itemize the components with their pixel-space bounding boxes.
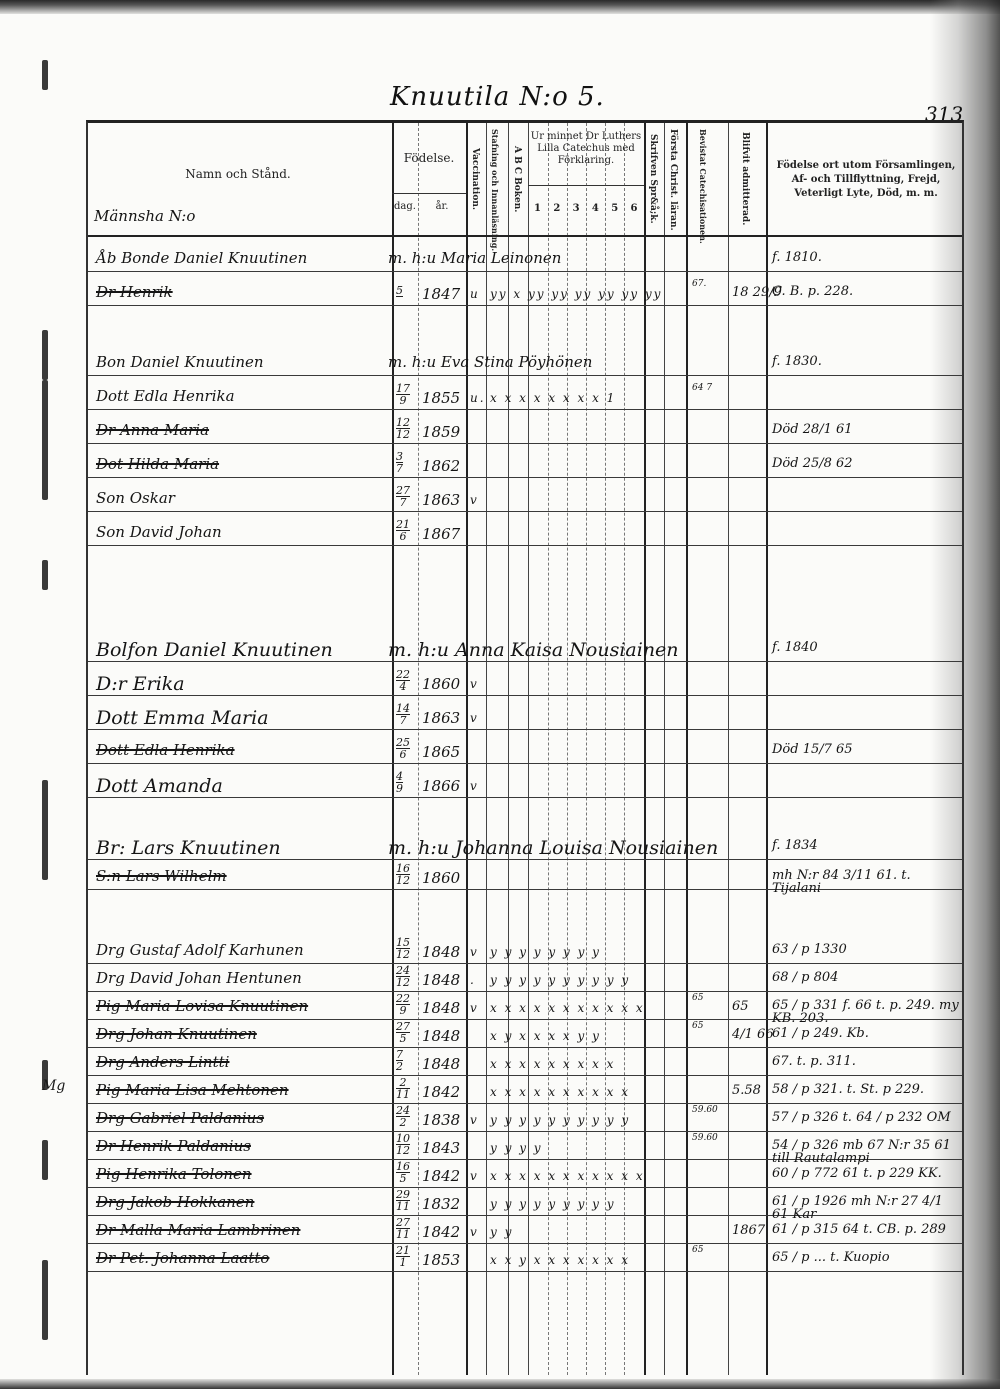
birth-date-fraction: 229 [396,993,410,1018]
birth-month: 12 [396,949,410,960]
remark: C. B. p. 228. [772,285,853,298]
reading-marks: y y y y y y y y y [490,1197,616,1211]
birth-year: 1848 [422,1027,460,1045]
row-rule [88,661,962,662]
birth-date-fraction: 1612 [396,863,410,888]
remark: Död 25/8 62 [772,457,853,470]
page-edge-top [0,0,1000,14]
person-name: Dr Anna Maria [96,421,209,439]
header-vaccination: Vaccination. [470,129,480,229]
binding-mark [42,1140,48,1180]
reading-marks: y y [490,1225,513,1239]
person-name: Dr Henrik Paldanius [96,1137,251,1155]
birth-date-fraction: 211 [396,1245,410,1270]
birth-month: 12 [396,977,410,988]
birth-date-fraction: 5 [396,279,403,298]
person-name: S:n Lars Wilhelm [96,867,227,885]
binding-mark [42,380,48,500]
birth-month: 5 [396,1173,410,1184]
catechism-hearings: 59.60 [692,1133,718,1143]
vaccination-mark: v [470,711,479,725]
person-name: D:r Erika [96,673,185,695]
communion-date: 5.58 [732,1083,761,1098]
birth-date-fraction: 275 [396,1021,410,1046]
row-rule [88,763,962,764]
binding-mark [42,330,48,380]
birth-date-fraction: 2412 [396,965,410,990]
row-rule [88,545,962,546]
header-divider [88,235,962,237]
birth-year: 1863 [422,491,460,509]
header-communion: Blifvit admitterad. [740,129,750,229]
birth-year: 1859 [422,423,460,441]
birth-year: 1842 [422,1083,460,1101]
birth-month: 4 [396,681,410,692]
birth-date-fraction: 179 [396,383,410,408]
remark: 65 / p 331 f. 66 t. p. 249. my KB. 203. [772,999,962,1025]
binding-mark [42,780,48,880]
person-name: Dr Henrik [96,283,173,301]
birth-day: 5 [396,285,403,297]
birth-date-fraction: 242 [396,1105,410,1130]
birth-date-fraction: 277 [396,485,410,510]
person-name: Dott Amanda [96,775,223,797]
birth-year: 1842 [422,1223,460,1241]
birth-year: 1838 [422,1111,460,1129]
person-name: Pig Henrika Tolonen [96,1165,252,1183]
birth-year: 1848 [422,1055,460,1073]
row-rule [88,305,962,306]
birth-month: 9 [396,783,403,794]
binding-mark [42,60,48,90]
reading-marks: x y x x x x y y [490,1029,601,1043]
vaccination-mark: v [470,677,479,691]
birth-year: 1842 [422,1167,460,1185]
header-christianity: Första Christ. läran. [668,129,678,229]
birth-year: 1855 [422,389,460,407]
birth-year: 1860 [422,675,460,693]
birth-date-fraction: 256 [396,737,410,762]
birth-year: 1865 [422,743,460,761]
remark: 67. t. p. 311. [772,1055,856,1068]
divider [392,193,466,194]
birth-month: 5 [396,1033,410,1044]
person-name: Dott Edla Henrika [96,387,235,405]
row-rule [88,443,962,444]
reading-marks: y y y y y y y y y y [490,1113,630,1127]
catechism-part-5: 5 [605,203,624,214]
birth-date-fraction: 1212 [396,417,410,442]
spouse-note: m. h:u Maria Leinonen [388,249,561,267]
row-rule [88,695,962,696]
row-rule [88,1187,962,1188]
row-rule [88,1047,962,1048]
remark: 61 / p 249. Kb. [772,1027,869,1040]
remark: Död 15/7 65 [772,743,853,756]
birth-date-fraction: 72 [396,1049,403,1074]
header-stafning: Stafning och Innanläsning. [490,129,500,229]
remark: f. 1834 [772,839,818,852]
vaccination-mark: v [470,1225,479,1239]
margin-note: Mg [42,1078,65,1094]
header-birth-day: dag. [392,201,418,212]
person-name: Drg Jakob Hokkanen [96,1193,254,1211]
catechism-part-2: 2 [547,203,566,214]
remark: 63 / p 1330 [772,943,847,956]
communion-date: 1867 [732,1223,765,1238]
vaccination-mark: v [470,1113,479,1127]
catechism-hearings: 67. [692,279,706,289]
header-catechism: Ur minnet Dr Luthers Lilla Catechus med … [528,131,644,167]
remark: 65 / p ... t. Kuopio [772,1251,890,1264]
reading-marks: x x x x x x x x x x [490,1085,630,1099]
birth-month: 2 [396,1117,410,1128]
remark: 68 / p 804 [772,971,838,984]
birth-year: 1848 [422,971,460,989]
row-rule [88,963,962,964]
person-name: Drg Gabriel Paldanius [96,1109,264,1127]
birth-month: 7 [396,497,410,508]
birth-month: 11 [396,1089,410,1100]
binding-mark [42,560,48,590]
remark: 54 / p 326 mb 67 N:r 35 61 till Rautalam… [772,1139,962,1165]
spouse-note: m. h:u Eva Stina Pöyhönen [388,353,592,371]
reading-marks: x x x x x x x x x x x [490,1001,645,1015]
birth-month: 11 [396,1229,410,1240]
person-name: Pig Maria Lisa Mehtonen [96,1081,289,1099]
row-rule [88,1131,962,1132]
remark: 58 / p 321. t. St. p 229. [772,1083,924,1096]
person-name: Drg Gustaf Adolf Karhunen [96,941,304,959]
header-catechism-hearings: Bevistat Catechisationen. [698,129,708,229]
vaccination-mark: . [470,973,476,987]
birth-month: 6 [396,531,410,542]
person-name: Son David Johan [96,523,222,541]
person-name: Bolfon Daniel Knuutinen [96,639,333,661]
person-name: Dott Edla Henrika [96,741,235,759]
birth-date-fraction: 147 [396,703,410,728]
row-rule [88,1271,962,1272]
remark: f. 1810. [772,251,822,264]
birth-date-fraction: 49 [396,771,403,796]
remark: Död 28/1 61 [772,423,853,436]
reading-marks: yy x yy yy yy yy yy yy [490,287,662,301]
row-rule [88,511,962,512]
catechism-part-4: 4 [586,203,605,214]
spouse-note: m. h:u Johanna Louisa Nousiainen [388,837,718,859]
register-table: Namn och Stånd. Födelse. dag. år. Vaccin… [86,120,964,1375]
page-edge-bottom [0,1379,1000,1389]
catechism-hearings: 64 7 [692,383,712,393]
birth-date-fraction: 216 [396,519,410,544]
row-rule [88,729,962,730]
binding-mark [42,1260,48,1340]
birth-date-fraction: 224 [396,669,410,694]
person-name: Dr Malla Maria Lambrinen [96,1221,300,1239]
catechism-part-6: 6 [625,203,644,214]
remark: 60 / p 772 61 t. p 229 KK. [772,1167,942,1180]
vaccination-mark: v [470,1001,479,1015]
catechism-part-numbers: 123456 [528,203,644,223]
person-name: Drg Johan Knuutinen [96,1025,257,1043]
row-rule [88,375,962,376]
section-label: Männsha N:o [94,207,195,225]
row-rule [88,271,962,272]
header-written: Skrifven Spr&å;k. [648,129,658,229]
person-name: Pig Maria Lovisa Knuutinen [96,997,308,1015]
row-rule [88,991,962,992]
communion-date: 4/1 66 [732,1027,774,1042]
vaccination-mark: v [470,1169,479,1183]
birth-year: 1863 [422,709,460,727]
row-rule [88,1103,962,1104]
birth-date-fraction: 1012 [396,1133,410,1158]
vaccination-mark: u. [470,391,486,405]
birth-year: 1867 [422,525,460,543]
remark: 61 / p 315 64 t. CB. p. 289 [772,1223,946,1236]
person-name: Dot Hilda Maria [96,455,219,473]
row-rule [88,477,962,478]
birth-month: 2 [396,1061,403,1072]
remark: 61 / p 1926 mh N:r 27 4/1 61 Kar [772,1195,962,1221]
header-abc-book: A B C Boken. [512,129,522,229]
row-rule [88,409,962,410]
header-birth-year: år. [418,201,466,212]
reading-marks: x x x x x x x x 1 [490,391,616,405]
reading-marks: y y y y [490,1141,543,1155]
row-rule [88,797,962,798]
birth-year: 1847 [422,285,460,303]
catechism-part-3: 3 [567,203,586,214]
row-rule [88,859,962,860]
catechism-hearings: 59.60 [692,1105,718,1115]
birth-month: 11 [396,1201,410,1212]
person-name: Drg Anders Lintti [96,1053,229,1071]
remark: f. 1840 [772,641,818,654]
person-name: Bon Daniel Knuutinen [96,353,264,371]
birth-year: 1866 [422,777,460,795]
birth-month: 12 [396,429,410,440]
birth-year: 1860 [422,869,460,887]
reading-marks: x x x x x x x x x [490,1057,615,1071]
birth-month: 6 [396,749,410,760]
catechism-hearings: 65 [692,993,703,1003]
birth-month: 7 [396,463,403,474]
birth-year: 1848 [422,943,460,961]
birth-month: 7 [396,715,410,726]
birth-month: 1 [396,1257,410,1268]
page-heading: Knuutila N:o 5. [390,82,630,118]
person-name: Dott Emma Maria [96,707,269,729]
spouse-note: m. h:u Anna Kaisa Nousiainen [388,639,679,661]
remark: 57 / p 326 t. 64 / p 232 OM [772,1111,951,1124]
birth-month: 9 [396,1005,410,1016]
reading-marks: x x x x x x x x x x x [490,1169,645,1183]
birth-month: 12 [396,875,410,886]
birth-date-fraction: 165 [396,1161,410,1186]
vaccination-mark: v [470,493,479,507]
birth-date-fraction: 37 [396,451,403,476]
catechism-hearings: 65 [692,1245,703,1255]
birth-month: 9 [396,395,410,406]
birth-date-fraction: 2711 [396,1217,410,1242]
vaccination-mark: u [470,287,480,301]
remark: mh N:r 84 3/11 61. t. Tijalani [772,869,962,895]
vaccination-mark: v [470,779,479,793]
birth-date-fraction: 211 [396,1077,410,1102]
header-name-column: Namn och Stånd. [128,167,348,181]
divider [528,185,644,186]
communion-date: 65 [732,999,749,1014]
vaccination-mark: v [470,945,479,959]
person-name: Son Oskar [96,489,175,507]
reading-marks: y y y y y y y y [490,945,601,959]
birth-year: 1853 [422,1251,460,1269]
birth-date-fraction: 2911 [396,1189,410,1214]
row-rule [88,1243,962,1244]
person-name: Åb Bonde Daniel Knuutinen [96,249,307,267]
birth-year: 1843 [422,1139,460,1157]
person-name: Br: Lars Knuutinen [96,837,281,859]
person-name: Dr Pet. Johanna Laatto [96,1249,269,1267]
birth-year: 1832 [422,1195,460,1213]
catechism-part-1: 1 [528,203,547,214]
birth-year: 1862 [422,457,460,475]
person-name: Drg David Johan Hentunen [96,969,302,987]
catechism-hearings: 65 [692,1021,703,1031]
reading-marks: x x y x x x x x x x [490,1253,630,1267]
birth-month: 12 [396,1145,410,1156]
header-remarks: Födelse ort utom Församlingen, Af- och T… [772,159,960,201]
binding-marks [36,60,56,1360]
header-birth: Födelse. [392,151,466,165]
birth-year: 1848 [422,999,460,1017]
row-rule [88,1075,962,1076]
remark: f. 1830. [772,355,822,368]
birth-date-fraction: 1512 [396,937,410,962]
reading-marks: y y y y y y y y y y [490,973,630,987]
